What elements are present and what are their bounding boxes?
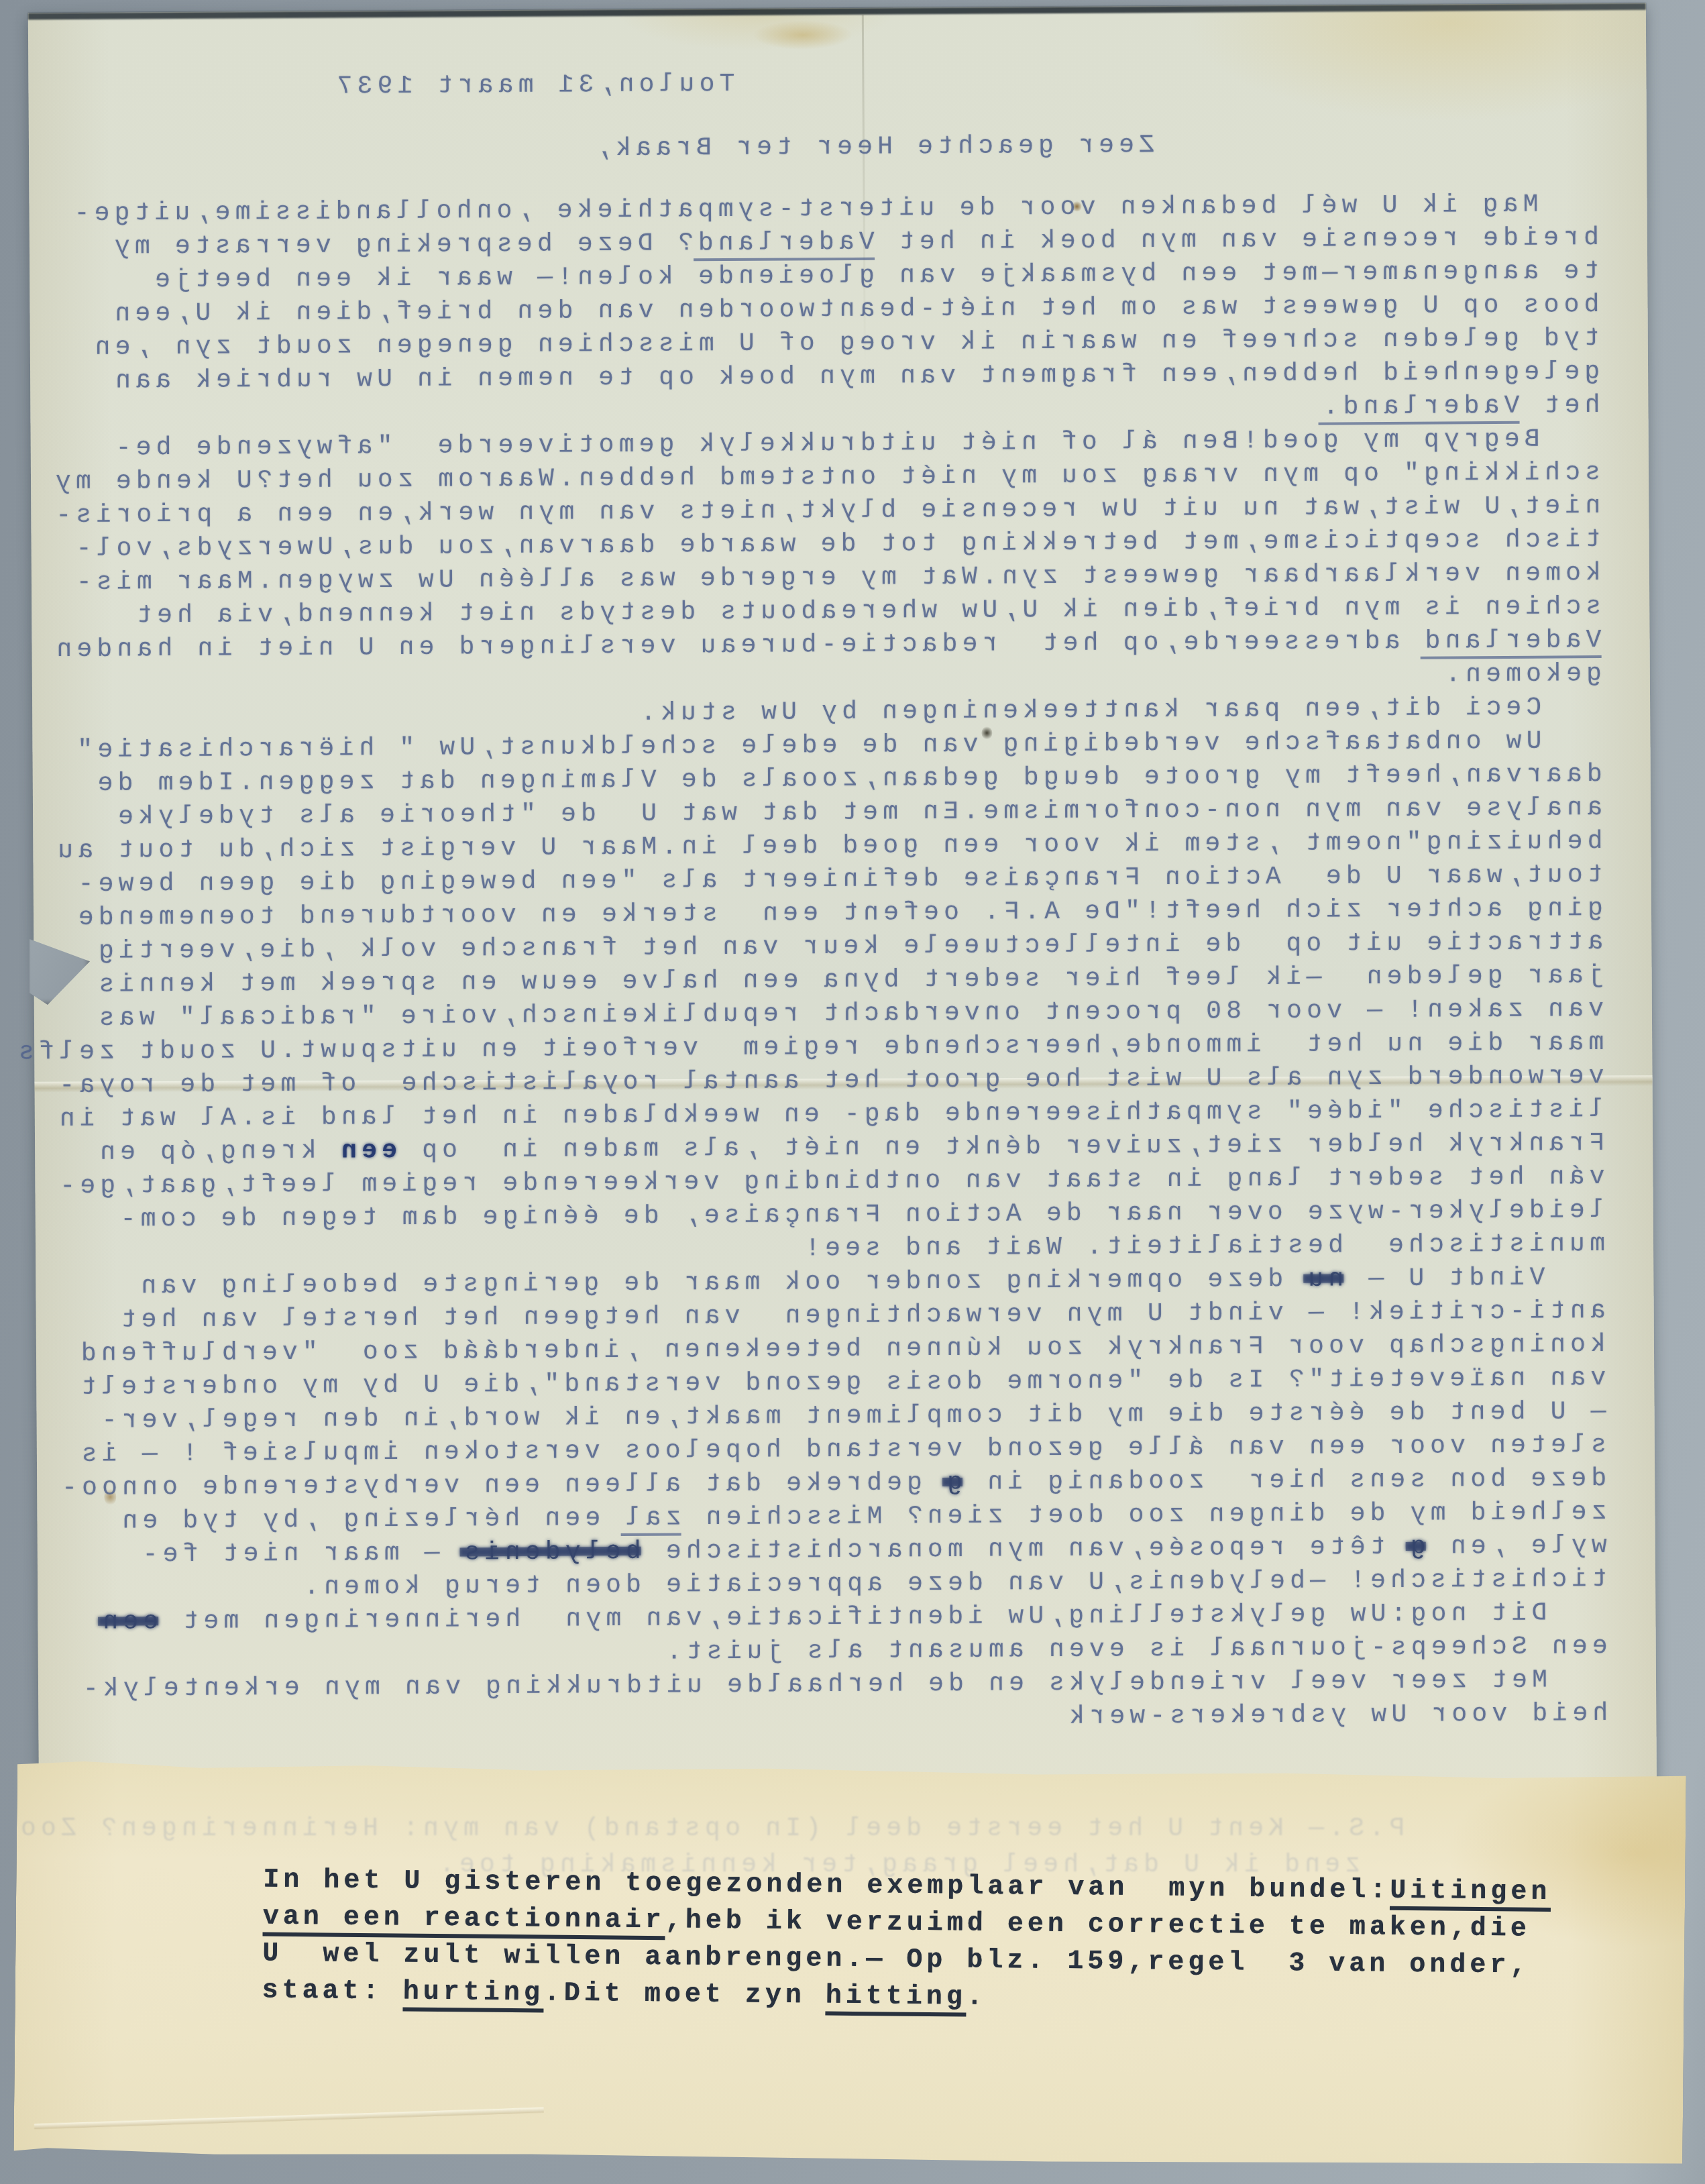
text-segment: .Dit moet zyn bbox=[544, 1979, 826, 2012]
text-segment: . bbox=[967, 1983, 987, 2013]
text-segment: het bbox=[1519, 391, 1600, 421]
text-segment: kreng,óp en bbox=[95, 1137, 337, 1167]
text-segment: deze opmerking zonder ook maar de gering… bbox=[136, 1265, 1303, 1301]
correction-slip-text: In het U gisteren toegezonden exemplaar … bbox=[15, 1759, 1686, 2023]
text-segment: Zeer geachte Heer ter Braak, bbox=[591, 131, 1154, 163]
text-segment: Frankryk helder ziet,zuiver dénkt en nié… bbox=[397, 1129, 1604, 1165]
text-segment: gekomen. bbox=[1441, 659, 1602, 689]
text-segment: Uitingen bbox=[1390, 1876, 1551, 1912]
text-segment: hurting bbox=[402, 1977, 544, 2013]
text-segment: een bbox=[337, 1136, 397, 1166]
text-segment: tête reposée,van myn monarchistische bbox=[641, 1533, 1405, 1566]
text-segment: Toulon,31 maart 1937 bbox=[332, 70, 734, 101]
text-segment: Vaderland. bbox=[1318, 392, 1519, 425]
text-segment: ? Deze bespreking verraste my bbox=[109, 229, 693, 261]
text-segment: Ceci dit,een paar kantteekeningen by Uw … bbox=[636, 693, 1602, 728]
text-segment: heid voor Uw ysbrekers-werk bbox=[1064, 1699, 1608, 1731]
text-segment: Vaderland bbox=[1420, 626, 1601, 659]
text-segment: g bbox=[942, 1468, 963, 1497]
text-segment: nu bbox=[1303, 1264, 1343, 1293]
text-segment: gebreke dat alleen een verbysterende onn… bbox=[57, 1468, 942, 1503]
text-segment: belydenis bbox=[459, 1537, 641, 1568]
text-segment: staat: bbox=[262, 1976, 402, 2008]
text-segment: wyle ,en bbox=[1426, 1531, 1607, 1562]
scanned-letter-verso: Toulon,31 maart 1937Zeer geachte Heer te… bbox=[0, 0, 1705, 2184]
text-segment: Vaderland bbox=[694, 228, 875, 262]
text-segment: Dit nog:Uw gelykstelling,Uw identificati… bbox=[158, 1598, 1608, 1636]
text-segment: Vindt U — bbox=[1343, 1263, 1605, 1293]
text-segment: tichistische! —belydenis,U van deze appr… bbox=[299, 1565, 1607, 1602]
slip-fold-crease bbox=[34, 2108, 544, 2130]
text-segment: schien is myn brief,dien ik U,Uw whereab… bbox=[132, 592, 1602, 630]
text-segment: zelheid my de dingen zoo doet zien? Miss… bbox=[681, 1498, 1606, 1532]
letter-sheet: Toulon,31 maart 1937Zeer geachte Heer te… bbox=[28, 3, 1657, 1824]
text-segment: zal bbox=[620, 1503, 681, 1536]
text-segment: breide recensie van myn boek in het bbox=[875, 223, 1599, 257]
letter-line: Zeer geachte Heer ter Braak, bbox=[74, 126, 1598, 169]
mirrored-letter-text: Toulon,31 maart 1937Zeer geachte Heer te… bbox=[74, 3, 1608, 1740]
text-segment: van een reactionnair bbox=[262, 1902, 665, 1941]
text-segment: hitting bbox=[826, 1981, 967, 2017]
text-segment: een hérlezing ,by tyd en bbox=[117, 1504, 620, 1536]
text-segment: adresseerde,op het redactie-bureau versl… bbox=[52, 627, 1420, 664]
text-segment: munistische bestialiteit. Wait and see! bbox=[800, 1230, 1605, 1263]
text-segment: een bbox=[98, 1607, 158, 1637]
text-segment: te aangenamer—met een bysmaakje van gloe… bbox=[150, 257, 1600, 294]
text-segment: deze bon sens hier zoodanig in bbox=[963, 1464, 1606, 1497]
text-segment: — maar niet fe- bbox=[137, 1539, 459, 1570]
text-segment: g bbox=[1406, 1533, 1426, 1562]
text-segment: een Scheeps-journaal is even amusant als… bbox=[661, 1632, 1607, 1667]
letter-line: Toulon,31 maart 1937 bbox=[74, 62, 1598, 105]
text-segment: ,heb ik verzuimd een correctie te maken,… bbox=[665, 1906, 1531, 1944]
